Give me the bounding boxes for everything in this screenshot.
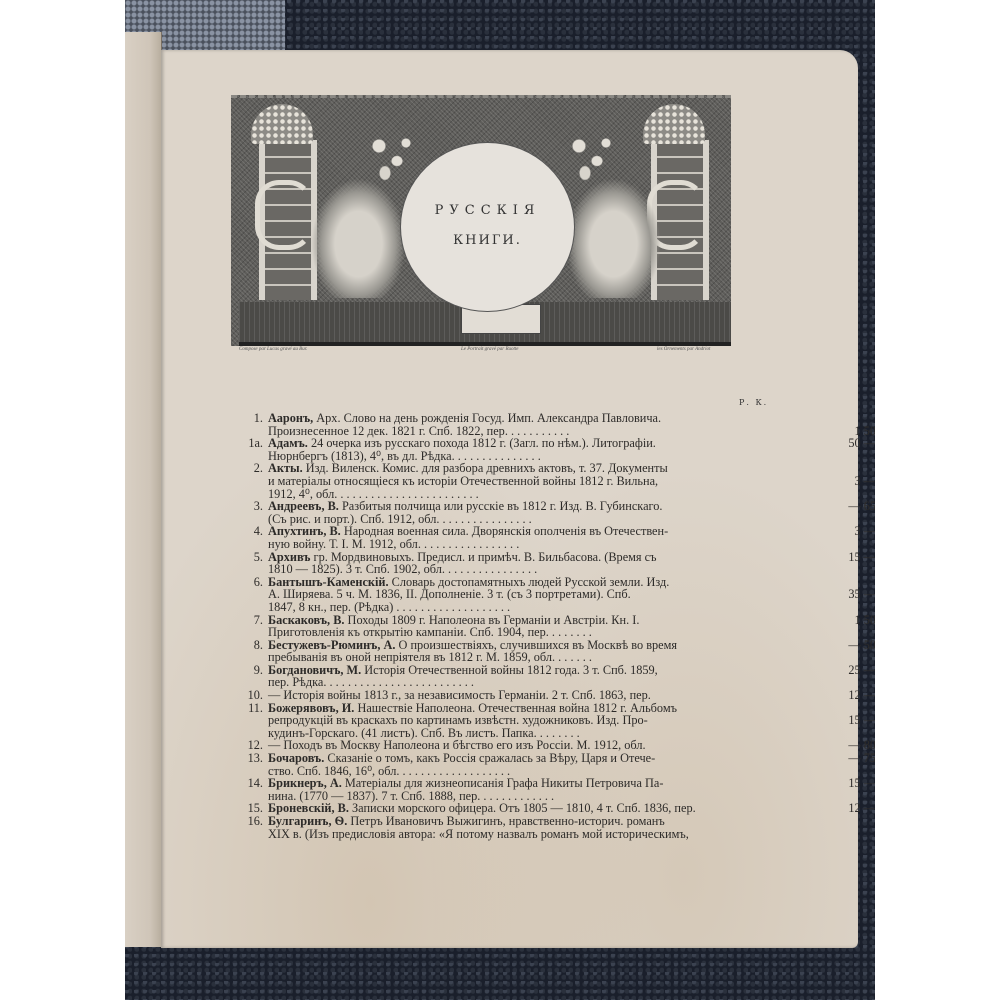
column-dome: [643, 104, 705, 144]
catalog-entries: 1.Ааронъ, Арх. Слово на день рожденія Го…: [241, 412, 788, 840]
entry-number: 5.: [241, 551, 263, 564]
catalog-entry: 13.Бочаровъ. Сказаніе о томъ, какъ Россі…: [241, 752, 788, 777]
price-column-header: Р. К.: [739, 398, 768, 407]
photo-background: РУССКІЯ КНИГИ. Compose par Lucas gravé a…: [125, 0, 875, 1000]
entry-number: 2.: [241, 462, 263, 475]
catalog-entry: 3.Андреевъ, В. Разбитыя полчища или русс…: [241, 500, 788, 525]
entry-number: 14.: [241, 777, 263, 790]
catalog-entry: 5.Архивъ гр. Мордвиновыхъ. Предисл. и пр…: [241, 551, 788, 576]
catalog-entry: 6.Бантышъ-Каменскій. Словарь достопамятн…: [241, 576, 788, 614]
engraving-caption-right: les Ornements par Andriot: [657, 347, 710, 352]
entry-number: 10.: [241, 689, 263, 702]
serpent-ornament: [255, 180, 313, 250]
caduceus-column-left: [259, 140, 317, 300]
entry-price: 50 —: [806, 437, 875, 450]
catalog-entry: 8.Бестужевъ-Рюминъ, А. О произшествіяхъ,…: [241, 639, 788, 664]
title-engraving: РУССКІЯ КНИГИ.: [231, 95, 731, 346]
catalog-entry: 16.Булгаринъ, Ѳ. Петръ Ивановичъ Выжигин…: [241, 815, 788, 840]
entry-number: 7.: [241, 614, 263, 627]
griffin-left-icon: [311, 178, 406, 298]
entry-price: — 50: [806, 639, 875, 652]
engraving-caption-left: Compose par Lucas gravé au Bur.: [239, 347, 307, 352]
title-line-2: КНИГИ.: [401, 233, 574, 248]
catalog-page: РУССКІЯ КНИГИ. Compose par Lucas gravé a…: [161, 50, 858, 948]
catalog-entry: 14.Брикнеръ, А. Матеріалы для жизнеописа…: [241, 777, 788, 802]
entry-number: 8.: [241, 639, 263, 652]
entry-number: 6.: [241, 576, 263, 589]
catalog-entry: 11.Божерявовъ, И. Нашествіе Наполеона. О…: [241, 702, 788, 740]
entry-description: XIX в. (Изъ предисловія автора: «Я потом…: [268, 827, 689, 841]
entry-price: 35 —: [806, 588, 875, 601]
entry-price: 25 —: [806, 664, 875, 677]
entry-price: — 75: [806, 752, 875, 765]
entry-price: 3 —: [806, 525, 875, 538]
entry-price: 15 —: [806, 551, 875, 564]
catalog-entry: 9.Богдановичъ, М. Исторія Отечественной …: [241, 664, 788, 689]
entry-number: 11.: [241, 702, 263, 715]
entry-price: 15 —: [806, 777, 875, 790]
title-line-1: РУССКІЯ: [401, 203, 574, 218]
entry-price: 12 —: [806, 802, 875, 815]
catalog-entry: 1а.Адамъ. 24 очерка изъ русскаго похода …: [241, 437, 788, 462]
entry-number: 1а.: [241, 437, 263, 450]
entry-price: 1 50: [806, 614, 875, 627]
entry-line: XIX в. (Изъ предисловія автора: «Я потом…: [241, 828, 788, 841]
entry-number: 16.: [241, 815, 263, 828]
previous-page-edge: [125, 32, 162, 947]
catalog-entry: 7.Баскаковъ, В. Походы 1809 г. Наполеона…: [241, 614, 788, 639]
entry-number: 13.: [241, 752, 263, 765]
griffin-right-icon: [566, 178, 661, 298]
entry-number: 3.: [241, 500, 263, 513]
catalog-entry: 2.Акты. Изд. Виленск. Комис. для разбора…: [241, 462, 788, 500]
entry-price: 3 —: [806, 475, 875, 488]
entry-number: 1.: [241, 412, 263, 425]
entry-text: XIX в. (Изъ предисловія автора: «Я потом…: [268, 828, 689, 841]
entry-price: 15 —: [806, 714, 875, 727]
catalog-entry: 4.Апухтинъ, В. Народная военная сила. Дв…: [241, 525, 788, 550]
entry-price: 12 —: [806, 689, 875, 702]
entry-price: — 65: [806, 500, 875, 513]
entry-number: 4.: [241, 525, 263, 538]
entry-number: 9.: [241, 664, 263, 677]
engraving-caption-center: Le Portrait gravé par Ruotte: [461, 347, 519, 352]
title-medallion: РУССКІЯ КНИГИ.: [401, 143, 574, 311]
column-dome: [251, 104, 313, 144]
catalog-entry: 1.Ааронъ, Арх. Слово на день рожденія Го…: [241, 412, 788, 437]
